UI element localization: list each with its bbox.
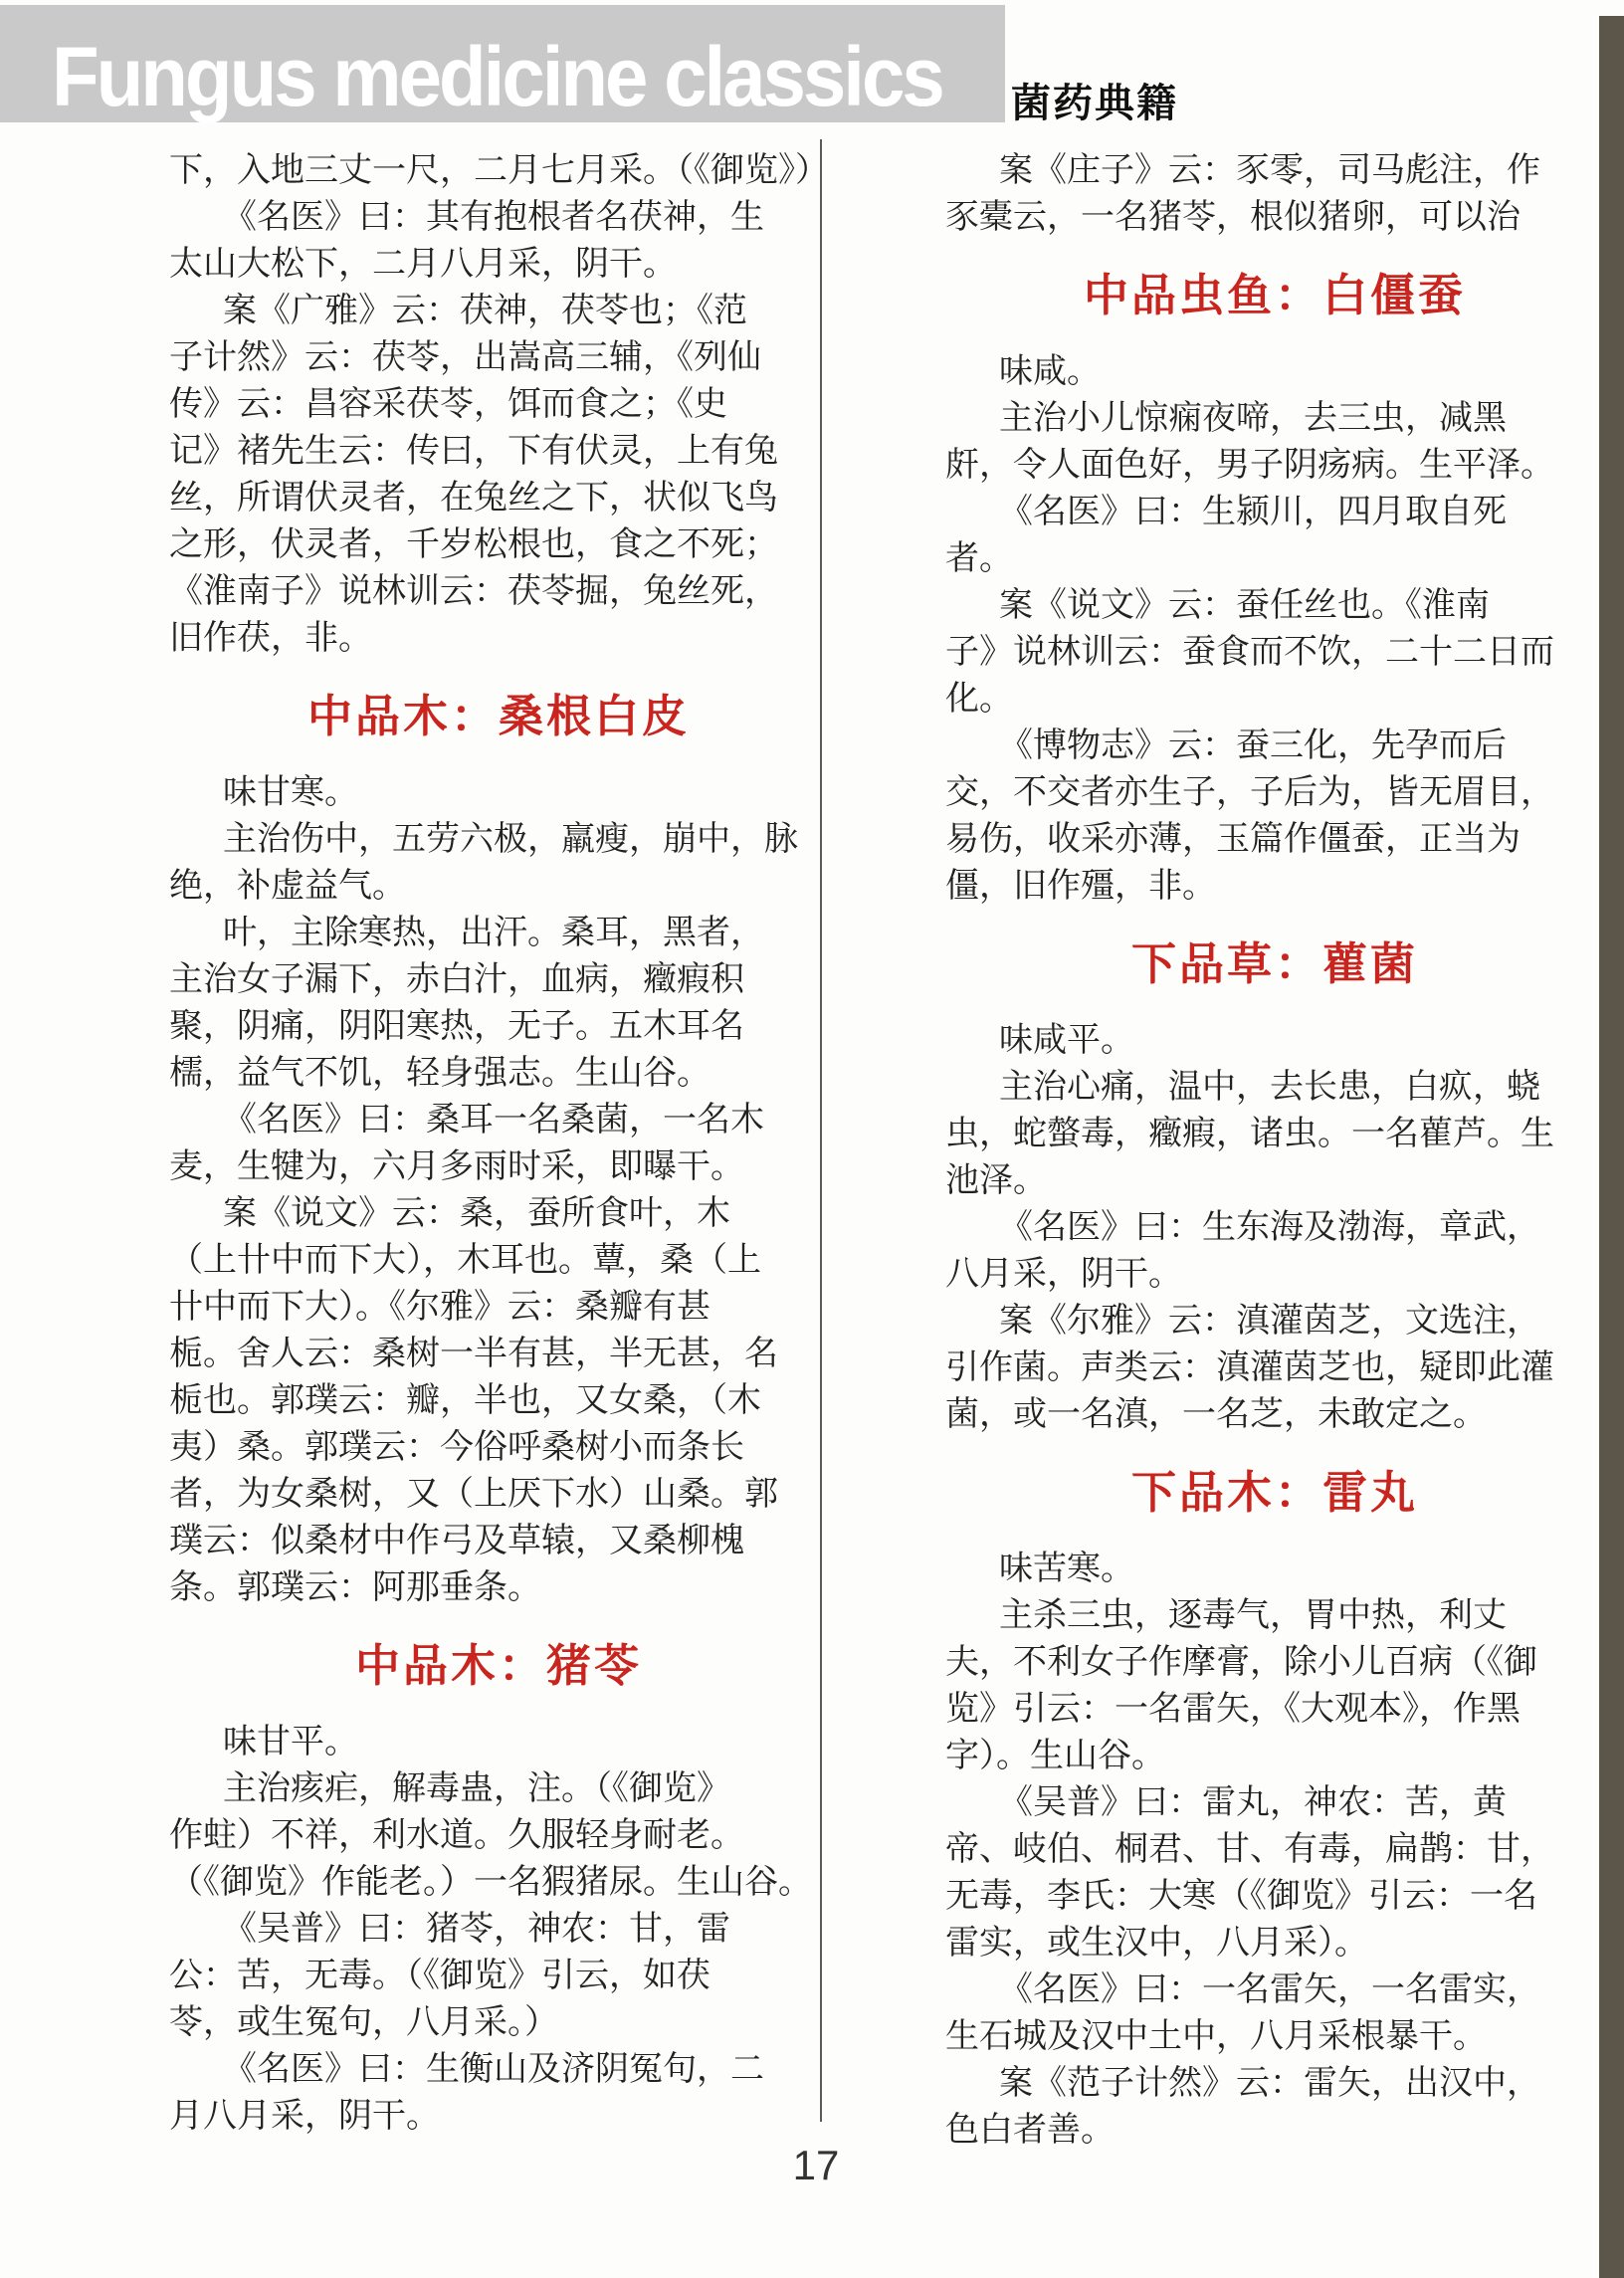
text-line: 《名医》曰：其有抱根者名茯神，生 (169, 194, 828, 241)
section-heading: 下品木：雷丸 (945, 1464, 1604, 1522)
text-line: 月八月采，阴干。 (169, 2093, 828, 2140)
text-line: 传》云：昌容采茯苓，饵而食之；《史 (169, 381, 828, 428)
text-line: 主治痎疟，解毒蛊，注。（《御览》 (169, 1765, 828, 1812)
text-line: 夫，不利女子作摩膏，除小儿百病（《御 (945, 1639, 1604, 1686)
header-title-english: Fungus medicine classics (52, 28, 942, 125)
text-line: 檽，益气不饥，轻身强志。生山谷。 (169, 1050, 828, 1097)
page-number: 17 (766, 2142, 866, 2189)
text-line: 主治伤中，五劳六极，羸瘦，崩中，脉 (169, 816, 828, 863)
text-line: 绝，补虚益气。 (169, 863, 828, 910)
text-line: 苓，或生冤句，八月采。） (169, 1999, 828, 2046)
text-line: 味咸平。 (945, 1017, 1604, 1064)
text-line: 《吴普》曰：猪苓，神农：甘，雷 (169, 1906, 828, 1953)
text-line: 主治小儿惊痫夜啼，去三虫，减黑 (945, 395, 1604, 442)
text-line: 《博物志》云：蚕三化，先孕而后 (945, 723, 1604, 769)
text-line: 主杀三虫，逐毒气，胃中热，利丈 (945, 1592, 1604, 1639)
text-line: 味甘平。 (169, 1719, 828, 1765)
text-line: 僵，旧作殭，非。 (945, 863, 1604, 910)
text-line: 案《说文》云：蚕任丝也。《淮南 (945, 582, 1604, 629)
text-line: 璞云：似桑材中作弓及草辕，又桑柳槐 (169, 1518, 828, 1564)
text-line: 案《说文》云：桑，蚕所食叶，木 (169, 1190, 828, 1237)
text-line: 虫，蛇螫毒，癥瘕，诸虫。一名雚芦。生 (945, 1111, 1604, 1157)
section-heading: 中品木：桑根白皮 (169, 688, 828, 745)
text-line: 字）。生山谷。 (945, 1733, 1604, 1779)
text-line: 案《庄子》云：豕零，司马彪注，作 (945, 147, 1604, 194)
text-line: 案《尔雅》云：滇灌茵芝，文选注， (945, 1298, 1604, 1345)
text-line: 菌，或一名滇，一名芝，未敢定之。 (945, 1391, 1604, 1438)
text-line: 味咸。 (945, 348, 1604, 395)
text-line: 下，入地三丈一尺，二月七月采。（《御览》） (169, 147, 828, 194)
header-title-chinese: 菌药典籍 (1011, 72, 1178, 128)
text-line: 旧作茯，非。 (169, 615, 828, 662)
text-line: 池泽。 (945, 1157, 1604, 1204)
text-line: 记》褚先生云：传曰，下有伏灵，上有兔 (169, 428, 828, 475)
text-line: 《名医》曰：生东海及渤海，章武， (945, 1204, 1604, 1251)
section-heading: 中品木：猪苓 (169, 1637, 828, 1695)
text-line: 聚，阴痛，阴阳寒热，无子。五木耳名 (169, 1003, 828, 1050)
section-heading: 中品虫鱼：白僵蚕 (945, 267, 1604, 324)
text-line: 《淮南子》说林训云：茯苓掘，兔丝死， (169, 568, 828, 615)
text-line: 麦，生犍为，六月多雨时采，即曝干。 (169, 1143, 828, 1190)
text-line: 叶，主除寒热，出汗。桑耳，黑者， (169, 910, 828, 956)
text-line: 《名医》曰：桑耳一名桑菌，一名木 (169, 1097, 828, 1143)
text-line: 子》说林训云：蚕食而不饮，二十二日而 (945, 629, 1604, 676)
text-line: 《名医》曰：生衡山及济阴冤句，二 (169, 2046, 828, 2093)
text-line: 无毒，李氏：大寒（《御览》引云：一名 (945, 1873, 1604, 1920)
text-line: 皯，令人面色好，男子阴疡病。生平泽。 (945, 442, 1604, 489)
text-line: 生石城及汉中土中，八月采根暴干。 (945, 2013, 1604, 2060)
text-line: 栀也。郭璞云：瓣，半也，又女桑，（木 (169, 1377, 828, 1424)
text-line: 子计然》云：茯苓，出嵩高三辅，《列仙 (169, 334, 828, 381)
book-page: Fungus medicine classics 菌药典籍 下，入地三丈一尺，二… (0, 0, 1624, 2278)
text-line: 八月采，阴干。 (945, 1251, 1604, 1298)
text-line: 化。 (945, 676, 1604, 723)
text-line: 丝，所谓伏灵者，在兔丝之下，状似飞鸟 (169, 475, 828, 521)
text-column-right: 案《庄子》云：豕零，司马彪注，作豕橐云，一名猪苓，根似猪卵，可以治中品虫鱼：白僵… (945, 147, 1604, 2154)
text-line: 之形，伏灵者，千岁松根也，食之不死； (169, 521, 828, 568)
text-line: 色白者善。 (945, 2107, 1604, 2154)
text-line: （《御览》作能老。）一名猳猪尿。生山谷。 (169, 1859, 828, 1906)
text-line: 《吴普》曰：雷丸，神农：苦，黄 (945, 1779, 1604, 1826)
text-line: 《名医》曰：生颍川，四月取自死 (945, 489, 1604, 535)
text-line: 易伤，收采亦薄，玉篇作僵蚕，正当为 (945, 816, 1604, 863)
text-line: （上卄中而下大），木耳也。蕈，桑（上 (169, 1237, 828, 1284)
text-line: 主治心痛，温中，去长患，白疭，蛲 (945, 1064, 1604, 1111)
text-line: 栀。舍人云：桑树一半有甚，半无甚，名 (169, 1331, 828, 1377)
text-line: 味苦寒。 (945, 1546, 1604, 1592)
text-line: 帝、岐伯、桐君、甘、有毒，扁鹊：甘， (945, 1826, 1604, 1873)
text-line: 豕橐云，一名猪苓，根似猪卵，可以治 (945, 194, 1604, 241)
text-line: 览》引云：一名雷矢，《大观本》，作黑 (945, 1686, 1604, 1733)
text-line: 公：苦，无毒。（《御览》引云，如茯 (169, 1953, 828, 1999)
text-line: 案《范子计然》云：雷矢，出汉中， (945, 2060, 1604, 2107)
text-line: 者，为女桑树，又（上厌下水）山桑。郭 (169, 1471, 828, 1518)
text-line: 案《广雅》云：茯神，茯苓也；《范 (169, 288, 828, 334)
text-line: 味甘寒。 (169, 769, 828, 816)
text-line: 主治女子漏下，赤白汁，血病，癥瘕积 (169, 956, 828, 1003)
text-line: 卄中而下大）。《尔雅》云：桑瓣有甚 (169, 1284, 828, 1331)
text-line: 条。郭璞云：阿那垂条。 (169, 1564, 828, 1611)
section-heading: 下品草：雚菌 (945, 935, 1604, 993)
text-line: 雷实，或生汉中，八月采）。 (945, 1920, 1604, 1967)
text-line: 交，不交者亦生子，子后为，皆无眉目， (945, 769, 1604, 816)
text-line: 者。 (945, 535, 1604, 582)
text-line: 《名医》曰：一名雷矢，一名雷实， (945, 1967, 1604, 2013)
text-line: 夷）桑。郭璞云：今俗呼桑树小而条长 (169, 1424, 828, 1471)
text-column-left: 下，入地三丈一尺，二月七月采。（《御览》）《名医》曰：其有抱根者名茯神，生太山大… (169, 147, 828, 2140)
text-line: 太山大松下，二月八月采，阴干。 (169, 241, 828, 288)
text-line: 作蛀）不祥，利水道。久服轻身耐老。 (169, 1812, 828, 1859)
text-line: 引作菌。声类云：滇灌茵芝也，疑即此灌 (945, 1345, 1604, 1391)
